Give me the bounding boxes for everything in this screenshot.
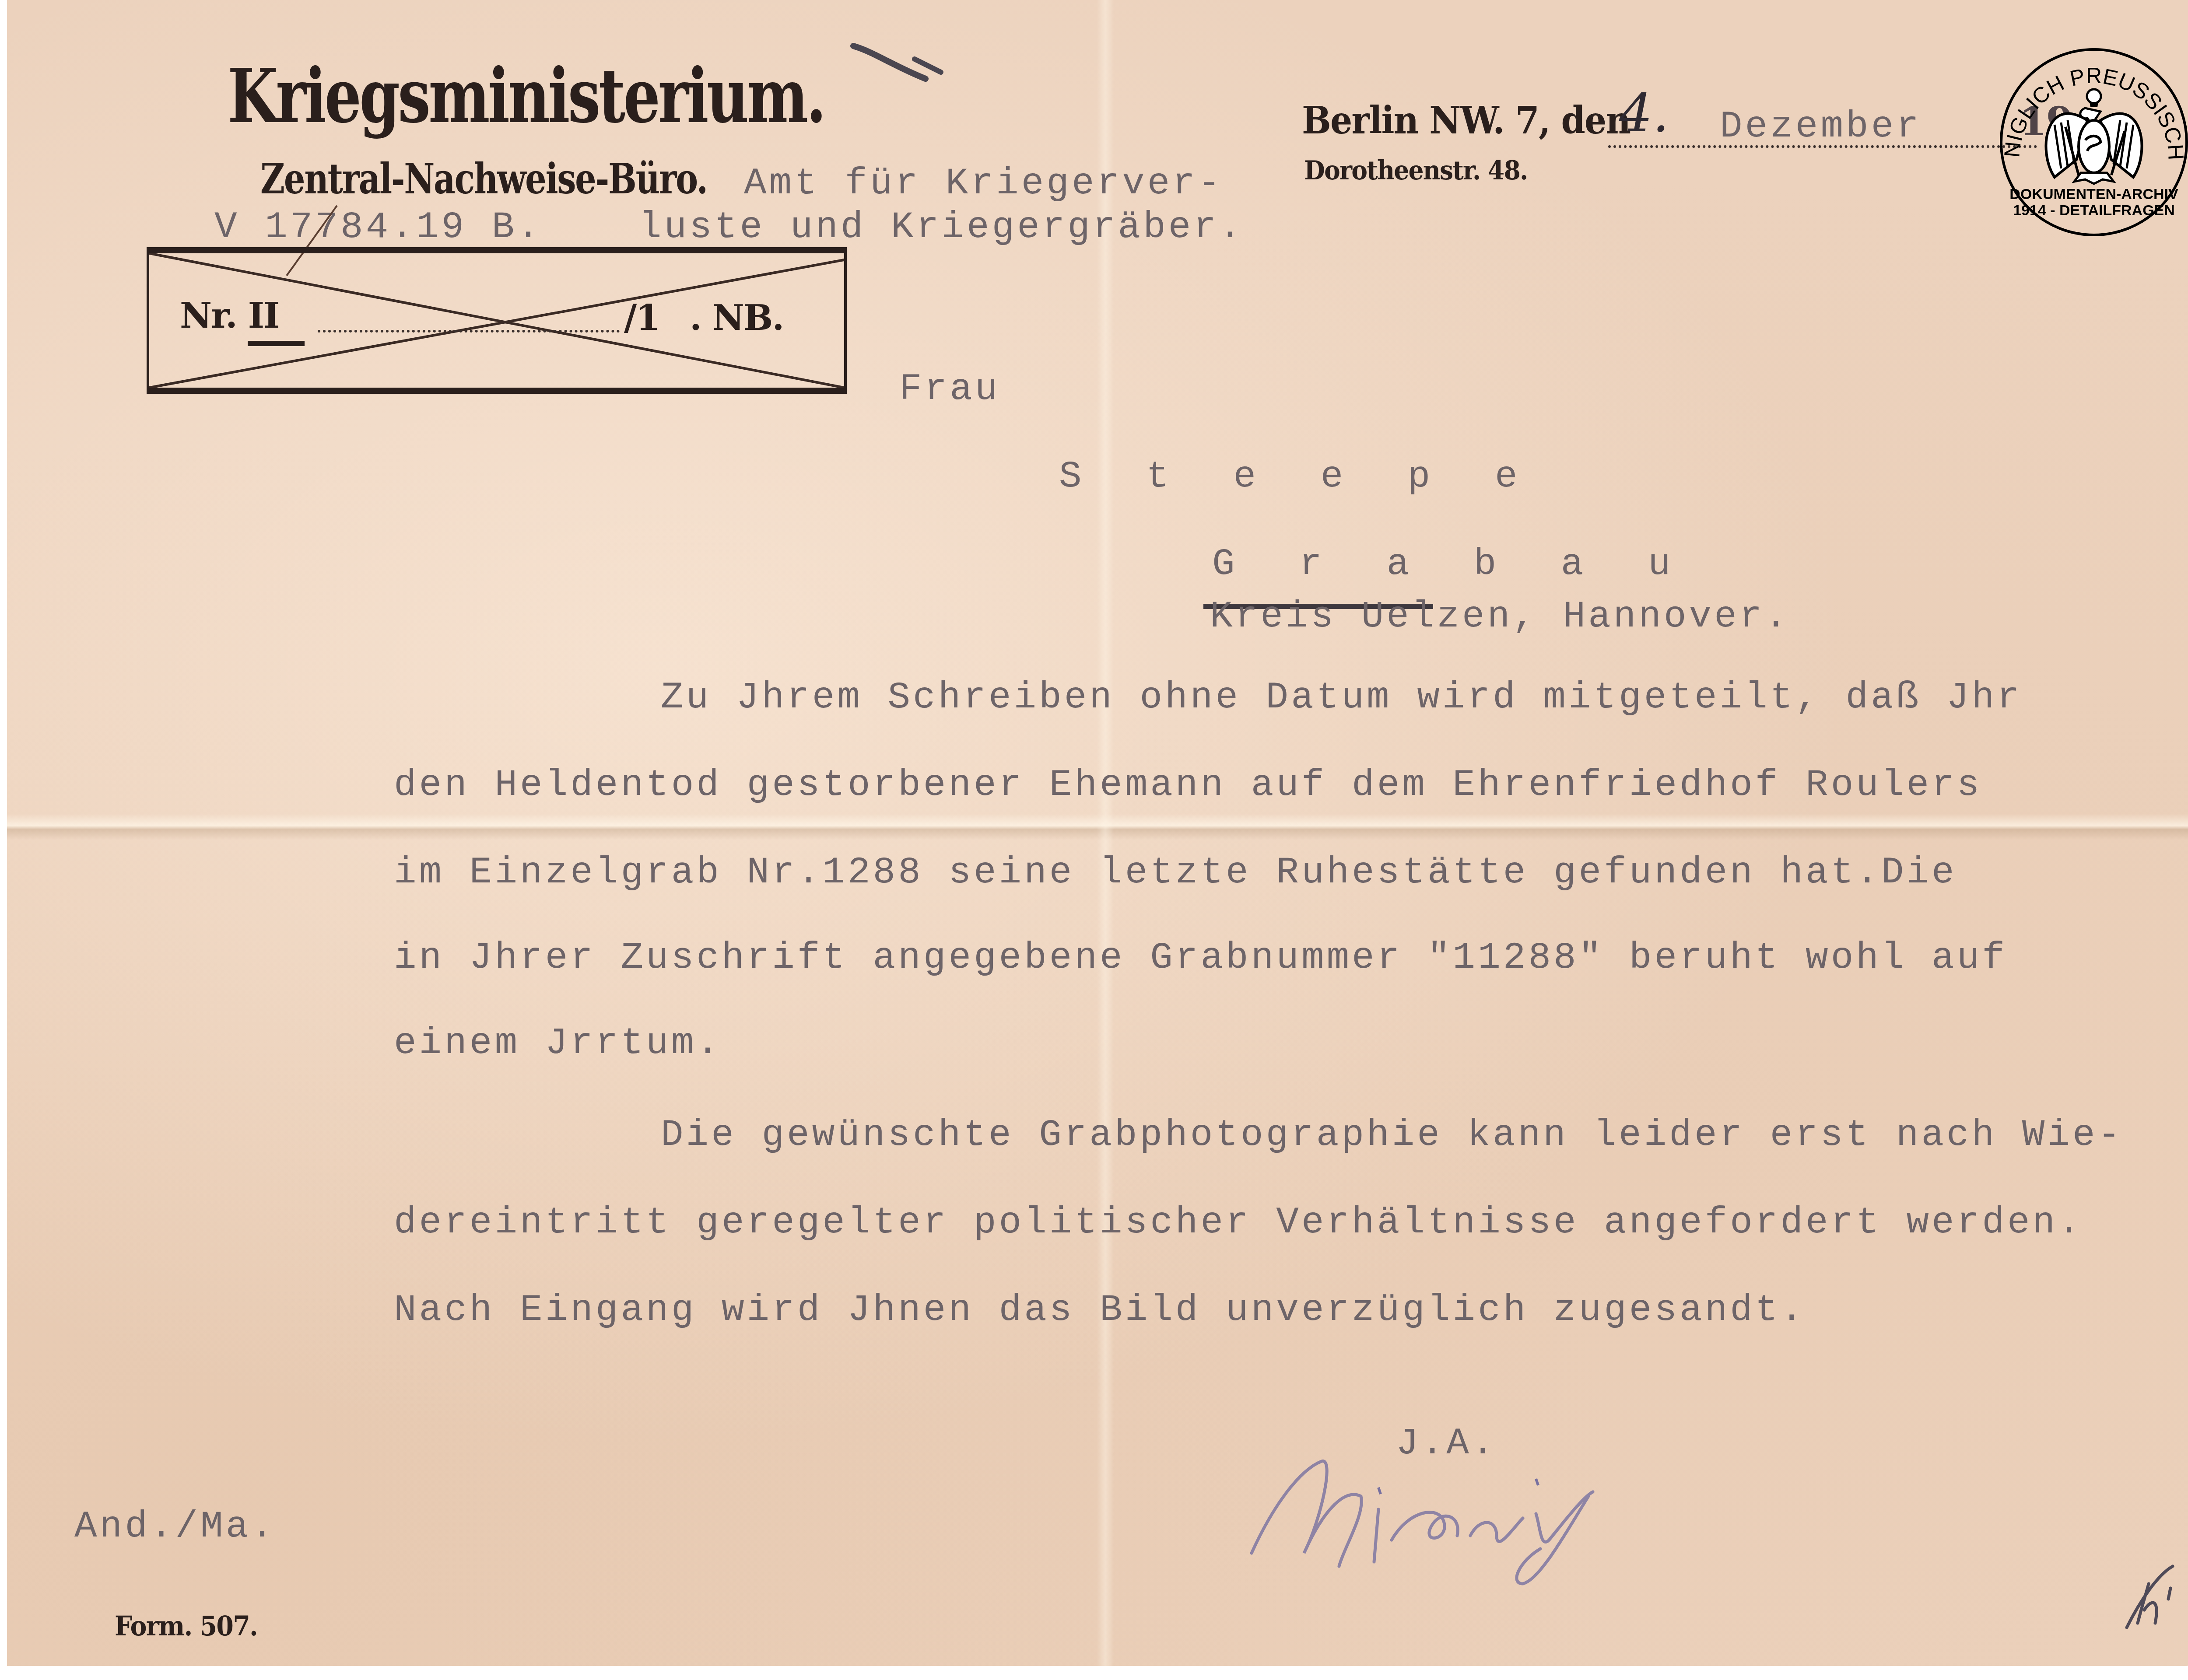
street-address: Dorotheenstr. 48. bbox=[1304, 155, 1527, 186]
body-line: Zu Jhrem Schreiben ohne Datum wird mitge… bbox=[661, 676, 2022, 719]
body-line: den Heldentod gestorbener Ehemann auf de… bbox=[394, 763, 1982, 806]
body-line: im Einzelgrab Nr.1288 seine letzte Ruhes… bbox=[394, 851, 1957, 894]
stamp-line-2: 1914 - DETAILFRAGEN bbox=[2013, 202, 2175, 219]
body-line: Nach Eingang wird Jhnen das Bild unverzü… bbox=[394, 1288, 1806, 1331]
nr-label: Nr. II bbox=[180, 295, 279, 336]
reference-box: Nr. II /1 . NB. bbox=[147, 247, 847, 394]
vertical-fold-crease bbox=[1097, 0, 1114, 1666]
date-dotted-line bbox=[1608, 145, 2037, 148]
stamp-line-1: DOKUMENTEN-ARCHIV bbox=[2009, 186, 2178, 203]
body-line: dereintritt geregelter politischer Verhä… bbox=[394, 1201, 2083, 1244]
form-number: Form. 507. bbox=[115, 1610, 257, 1642]
reference-suffix-number: /1 bbox=[624, 297, 659, 338]
office-line-2: luste und Kriegergräber. bbox=[639, 206, 1244, 248]
month: Dezember bbox=[1720, 105, 1922, 148]
place-dateline: Berlin NW. 7, den bbox=[1302, 98, 1630, 143]
recipient-district: Kreis Uelzen, Hannover. bbox=[1210, 595, 1790, 638]
pencil-mark-icon bbox=[849, 35, 945, 87]
nr-underline bbox=[248, 341, 305, 346]
body-line: Die gewünschte Grabphotographie kann lei… bbox=[661, 1113, 2123, 1156]
recipient-salutation: Frau bbox=[899, 367, 1000, 410]
archive-stamp: KÖNIGLICH PREUSSISCHES DOKUMENTEN-ARCHIV… bbox=[1995, 44, 2188, 241]
office-line-1: Amt für Kriegerver- bbox=[744, 162, 1223, 205]
reference-suffix-label: . NB. bbox=[690, 297, 783, 338]
handwritten-initials-icon bbox=[2118, 1557, 2179, 1632]
recipient-name: S t e e p e bbox=[1059, 455, 1539, 498]
prussian-eagle-icon bbox=[2046, 89, 2142, 184]
recipient-town: G r a b a u bbox=[1212, 542, 1692, 585]
body-line: einem Jrrtum. bbox=[394, 1022, 722, 1064]
body-line: in Jhrer Zuschrift angegebene Grabnummer… bbox=[394, 936, 2007, 979]
dotted-fill-line bbox=[318, 330, 620, 332]
signature-icon bbox=[1234, 1452, 1715, 1592]
handwritten-day: 4. bbox=[1619, 83, 1669, 144]
typist-initials: And./Ma. bbox=[74, 1505, 276, 1548]
